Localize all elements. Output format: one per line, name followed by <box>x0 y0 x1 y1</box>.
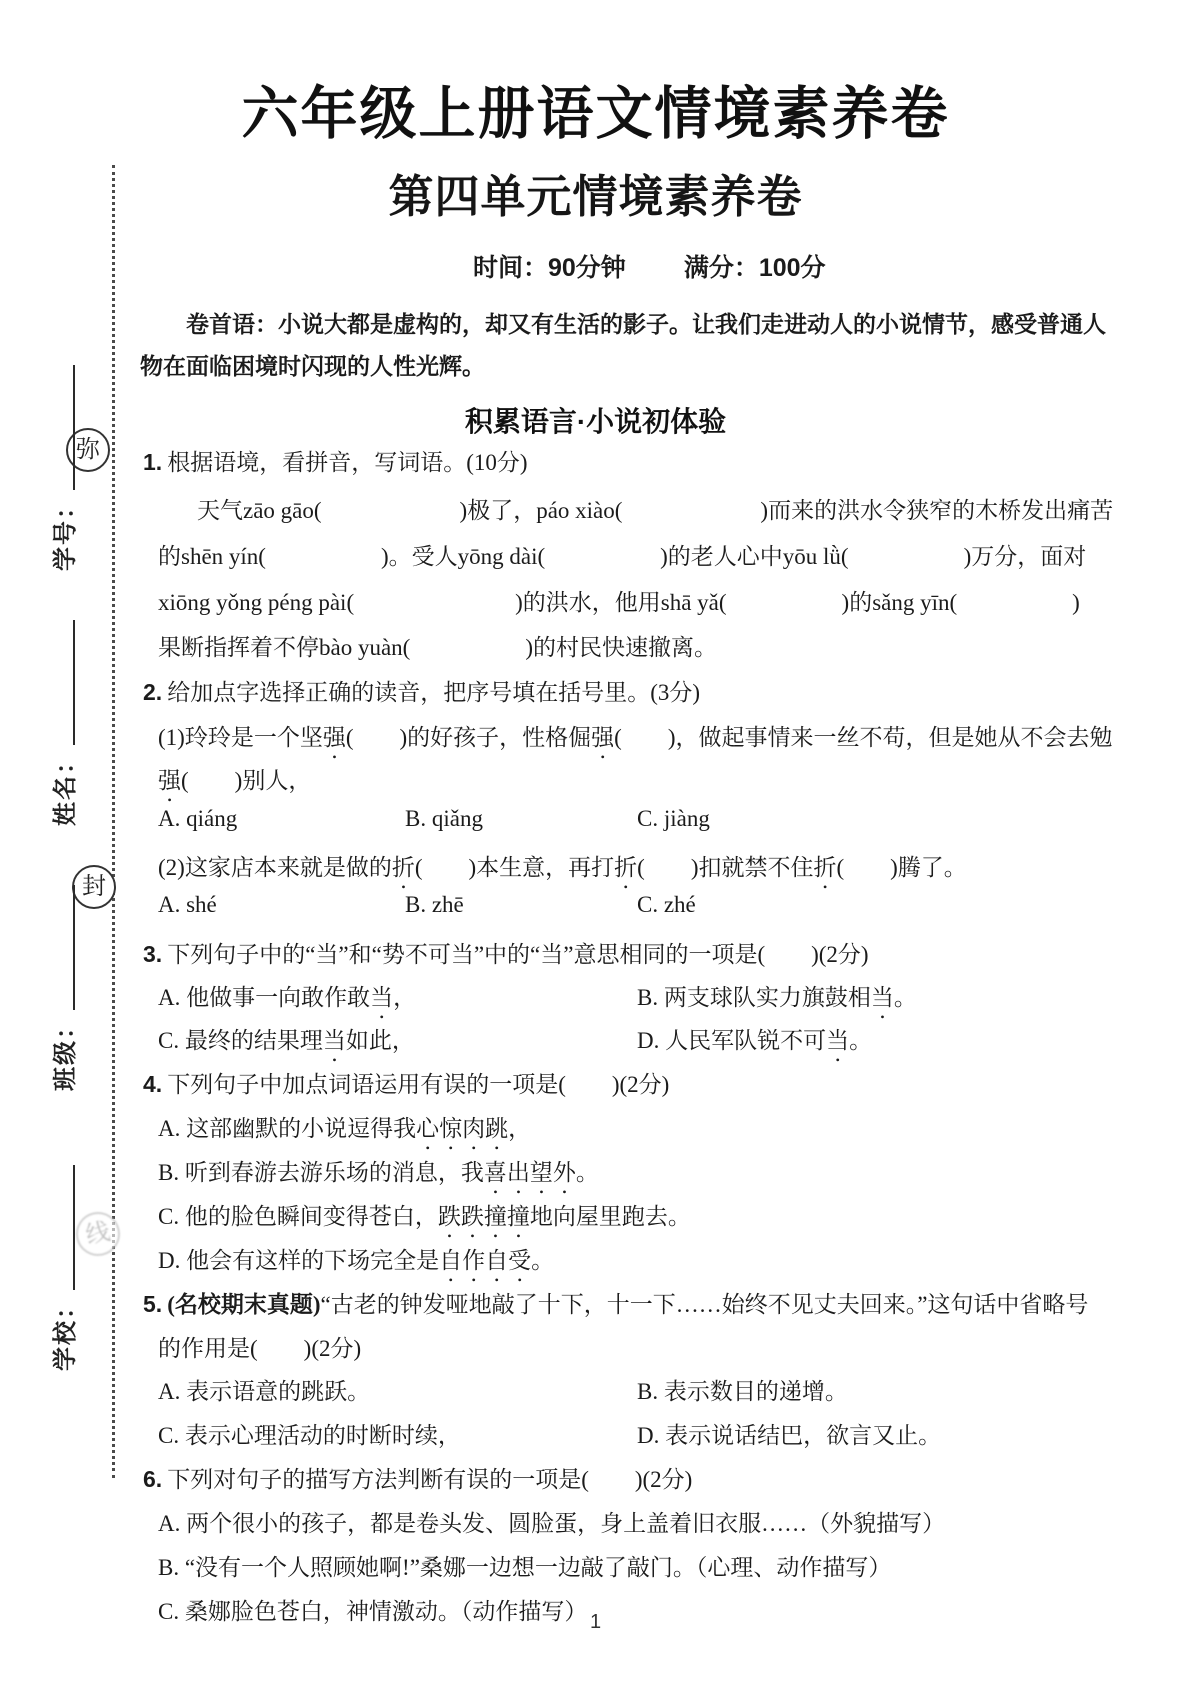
question-3-option-a: A. 他做事一向敢作敢当， <box>158 979 416 1024</box>
question-1-pinyin-line-1: 天气zāo gāo( )极了，páo xiào( )而来的洪水令狭窄的木桥发出痛… <box>197 492 1113 525</box>
question-2-stem: 2.给加点字选择正确的读音，把序号填在括号里。(3分) <box>143 674 700 707</box>
seal-char-xian-circle-faded: 线 <box>72 1208 124 1260</box>
student-number-field: 学号： <box>47 341 77 571</box>
question-2-sub1-line-1: (1)玲玲是一个坚强( )的好孩子，性格倔强( )，做起事情来一丝不苟，但是她从… <box>158 719 1112 764</box>
score-label: 满分：100分 <box>684 248 826 284</box>
question-3-stem-text: 下列句子中的“当”和“势不可当”中的“当”意思相同的一项是( )(2分) <box>167 942 868 967</box>
question-6-option-a: A. 两个很小的孩子，都是卷头发、圆脸蛋，身上盖着旧衣服……（外貌描写） <box>158 1505 945 1538</box>
class-blank-line <box>49 885 75 1010</box>
class-field: 班级： <box>47 861 77 1091</box>
question-6-option-b: B. “没有一个人照顾她啊!”桑娜一边想一边敲了敲门。（心理、动作描写） <box>158 1549 891 1582</box>
question-3-option-d: D. 人民军队锐不可当。 <box>637 1022 872 1067</box>
question-3-option-b: B. 两支球队实力旗鼓相当。 <box>637 979 917 1024</box>
exam-paper-page: 弥 封 线 学号： 姓名： 班级： 学校： 六年级上册语文情境素养卷 第四单元情… <box>0 0 1191 1684</box>
question-6-number: 6. <box>143 1466 167 1492</box>
question-4-option-b: B. 听到春游去游乐场的消息，我喜出望外。 <box>158 1154 599 1199</box>
school-field: 学校： <box>47 1141 77 1371</box>
question-1-pinyin-line-2: 的shēn yín( )。受人yōng dài( )的老人心中yōu lǜ( )… <box>158 538 1086 571</box>
question-3-number: 3. <box>143 941 167 967</box>
question-4-number: 4. <box>143 1071 167 1097</box>
question-5-option-a: A. 表示语意的跳跃。 <box>158 1373 370 1406</box>
question-5-option-d: D. 表示说话结巴，欲言又止。 <box>637 1417 941 1450</box>
question-1-stem: 1.根据语境，看拼音，写词语。(10分) <box>143 444 528 477</box>
seal-char-feng-circle: 封 <box>72 865 116 909</box>
time-label: 时间：90分钟 <box>473 248 626 284</box>
question-4-stem-text: 下列句子中加点词语运用有误的一项是( )(2分) <box>167 1072 669 1097</box>
name-blank-line <box>49 620 75 745</box>
question-5-option-b: B. 表示数目的递增。 <box>637 1373 848 1406</box>
question-3-option-c: C. 最终的结果理当如此， <box>158 1022 415 1067</box>
question-1-pinyin-line-4: 果断指挥着不停bào yuàn( )的村民快速撤离。 <box>158 629 717 662</box>
seal-dotted-line <box>112 165 115 1478</box>
exam-subtitle: 第四单元情境素养卷 <box>0 160 1191 225</box>
question-3-stem: 3.下列句子中的“当”和“势不可当”中的“当”意思相同的一项是( )(2分) <box>143 936 869 969</box>
question-5-stem-text: (名校期末真题)“古老的钟发哑地敲了十下，十一下……始终不见丈夫回来。”这句话中… <box>167 1292 1088 1317</box>
question-6-stem: 6.下列对句子的描写方法判断有误的一项是( )(2分) <box>143 1461 692 1494</box>
question-5-stem-line-2: 的作用是( )(2分) <box>158 1330 361 1363</box>
question-2-option-c1: C. jiàng <box>637 806 710 832</box>
question-1-pinyin-line-3: xiōng yǒng péng pài( )的洪水，他用shā yǎ( )的sǎ… <box>158 584 1080 617</box>
exam-meta: 时间：90分钟 满分：100分 <box>473 248 826 284</box>
class-label: 班级： <box>45 1013 80 1091</box>
question-5-stem-line-1: 5.(名校期末真题)“古老的钟发哑地敲了十下，十一下……始终不见丈夫回来。”这句… <box>143 1286 1088 1319</box>
question-4-option-a: A. 这部幽默的小说逗得我心惊肉跳， <box>158 1110 531 1155</box>
question-4-option-c: C. 他的脸色瞬间变得苍白，跌跌撞撞地向屋里跑去。 <box>158 1198 691 1243</box>
question-4-option-d: D. 他会有这样的下场完全是自作自受。 <box>158 1242 554 1287</box>
student-number-label: 学号： <box>45 493 80 571</box>
question-2-option-c2: C. zhé <box>637 892 696 918</box>
question-2-number: 2. <box>143 679 167 705</box>
question-2-option-a2: A. shé <box>158 892 217 918</box>
question-6-option-c: C. 桑娜脸色苍白，神情激动。（动作描写） <box>158 1593 587 1626</box>
question-1-number: 1. <box>143 449 167 475</box>
question-4-stem: 4.下列句子中加点词语运用有误的一项是( )(2分) <box>143 1066 669 1099</box>
question-5-number: 5. <box>143 1291 167 1317</box>
question-2-stem-text: 给加点字选择正确的读音，把序号填在括号里。(3分) <box>167 680 700 705</box>
page-number: 1 <box>590 1611 601 1634</box>
school-label: 学校： <box>45 1293 80 1371</box>
section-header: 积累语言·小说初体验 <box>0 400 1191 440</box>
question-2-option-a1: A. qiáng <box>158 806 237 832</box>
question-2-sub1-line-2: 强( )别人， <box>158 762 311 807</box>
question-2-sub2-line: (2)这家店本来就是做的折( )本生意，再打折( )扣就禁不住折( )腾了。 <box>158 849 967 894</box>
name-field: 姓名： <box>47 596 77 826</box>
school-blank-line <box>49 1165 75 1290</box>
preface-line-2: 物在面临困境时闪现的人性光辉。 <box>140 348 485 381</box>
question-2-option-b1: B. qiǎng <box>405 806 483 832</box>
question-6-stem-text: 下列对句子的描写方法判断有误的一项是( )(2分) <box>167 1467 692 1492</box>
question-2-option-b2: B. zhē <box>405 892 464 918</box>
exam-title: 六年级上册语文情境素养卷 <box>0 68 1191 150</box>
preface-line-1: 卷首语：小说大都是虚构的，却又有生活的影子。让我们走进动人的小说情节，感受普通人 <box>186 306 1106 339</box>
question-5-option-c: C. 表示心理活动的时断时续， <box>158 1417 461 1450</box>
name-label: 姓名： <box>45 748 80 826</box>
question-1-stem-text: 根据语境，看拼音，写词语。(10分) <box>167 450 527 475</box>
